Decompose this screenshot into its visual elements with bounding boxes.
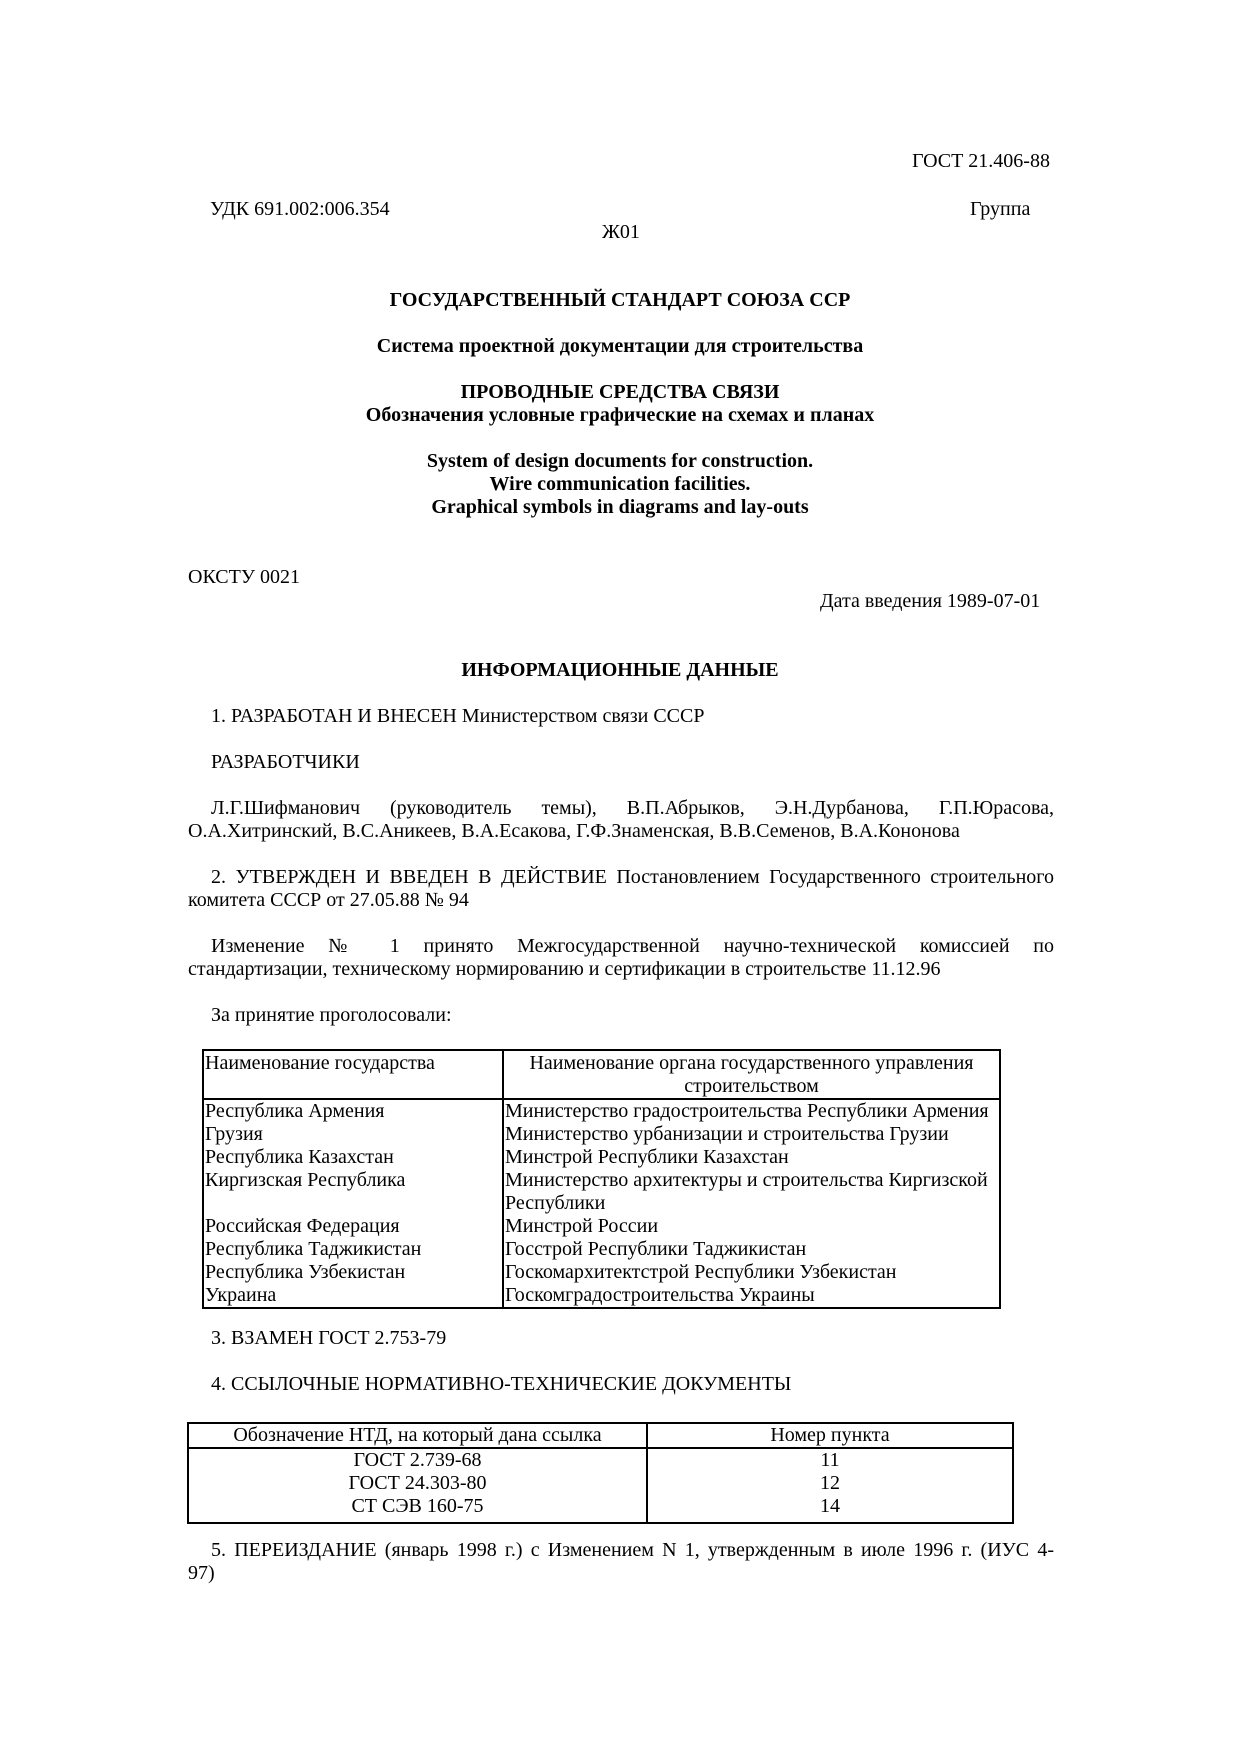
developers-line-1: Л.Г.Шифманович (руководитель темы), В.П.…	[188, 797, 1054, 820]
table-row: Киргизская РеспубликаМинистерство архите…	[203, 1169, 1000, 1215]
cell-name: ГОСТ 24.303-80	[188, 1472, 647, 1495]
header-clause: Номер пункта	[647, 1423, 1013, 1448]
cell-value: Министерство градостроительства Республи…	[503, 1099, 1000, 1123]
cell-name: СТ СЭВ 160-75	[188, 1495, 647, 1523]
cell-name: Украина	[203, 1284, 503, 1308]
table-row: ГОСТ 24.303-8012	[188, 1472, 1013, 1495]
table-row: Республика КазахстанМинстрой Республики …	[203, 1146, 1000, 1169]
cell-name: Грузия	[203, 1123, 503, 1146]
table-row: СТ СЭВ 160-7514	[188, 1495, 1013, 1523]
table-row: Российская ФедерацияМинстрой России	[203, 1215, 1000, 1238]
cell-value: Минстрой России	[503, 1215, 1000, 1238]
amendment: Изменение № 1 принято Межгосударственной…	[188, 935, 1054, 981]
header-state: Наименование государства	[203, 1050, 503, 1099]
cell-value: 14	[647, 1495, 1013, 1523]
item-5-line-2: 97)	[188, 1562, 1054, 1585]
cell-name: Республика Казахстан	[203, 1146, 503, 1169]
system-title: Система проектной документации для строи…	[0, 335, 1240, 358]
table-row: Республика ТаджикистанГосстрой Республик…	[203, 1238, 1000, 1261]
table-row: Республика АрменияМинистерство градостро…	[203, 1099, 1000, 1123]
standard-title: ГОСУДАРСТВЕННЫЙ СТАНДАРТ СОЮЗА ССР	[0, 289, 1240, 312]
cell-name: Республика Узбекистан	[203, 1261, 503, 1284]
main-title: ПРОВОДНЫЕ СРЕДСТВА СВЯЗИ	[0, 381, 1240, 404]
table-row: УкраинаГоскомградостроительства Украины	[203, 1284, 1000, 1308]
voting-table: Наименование государства Наименование ор…	[202, 1049, 1001, 1309]
cell-value: Госкомархитектстрой Республики Узбекиста…	[503, 1261, 1000, 1284]
group-label: Группа	[970, 198, 1030, 221]
cell-name: Российская Федерация	[203, 1215, 503, 1238]
okstu-code: ОКСТУ 0021	[188, 566, 300, 589]
cell-name: Республика Таджикистан	[203, 1238, 503, 1261]
references-table: Обозначение НТД, на который дана ссылка …	[187, 1422, 1014, 1524]
amendment-line-1: Изменение № 1 принято Межгосударственной…	[188, 935, 1054, 958]
header-authority: Наименование органа государственного упр…	[503, 1050, 1000, 1099]
cell-name: Киргизская Республика	[203, 1169, 503, 1215]
gost-number: ГОСТ 21.406-88	[912, 150, 1050, 173]
cell-value: Минстрой Республики Казахстан	[503, 1146, 1000, 1169]
amendment-line-2: стандартизации, техническому нормировани…	[188, 958, 1054, 981]
english-title-line-2: Wire communication facilities.	[0, 473, 1240, 496]
header-document: Обозначение НТД, на который дана ссылка	[188, 1423, 647, 1448]
group-code: Ж01	[602, 221, 640, 244]
references-table-header: Обозначение НТД, на который дана ссылка …	[188, 1423, 1013, 1448]
item-3: 3. ВЗАМЕН ГОСТ 2.753-79	[211, 1327, 446, 1350]
intro-date: Дата введения 1989-07-01	[820, 590, 1040, 613]
voting-table-header: Наименование государства Наименование ор…	[203, 1050, 1000, 1099]
english-title-line-3: Graphical symbols in diagrams and lay-ou…	[0, 496, 1240, 519]
developers-line-2: О.А.Хитринский, В.С.Аникеев, В.А.Есакова…	[188, 820, 1054, 843]
item-4: 4. ССЫЛОЧНЫЕ НОРМАТИВНО-ТЕХНИЧЕСКИЕ ДОКУ…	[211, 1373, 791, 1396]
item-2: 2. УТВЕРЖДЕН И ВВЕДЕН В ДЕЙСТВИЕ Постано…	[188, 866, 1054, 912]
cell-value: Министерство архитектуры и строительства…	[503, 1169, 1000, 1215]
item-2-line-2: комитета СССР от 27.05.88 № 94	[188, 889, 1054, 912]
cell-value: Госстрой Республики Таджикистан	[503, 1238, 1000, 1261]
item-1: 1. РАЗРАБОТАН И ВНЕСЕН Министерством свя…	[211, 705, 704, 728]
table-row: Республика УзбекистанГоскомархитектстрой…	[203, 1261, 1000, 1284]
item-5: 5. ПЕРЕИЗДАНИЕ (январь 1998 г.) с Измене…	[188, 1539, 1054, 1585]
subtitle: Обозначения условные графические на схем…	[0, 404, 1240, 427]
cell-name: ГОСТ 2.739-68	[188, 1448, 647, 1472]
table-row: ГОСТ 2.739-6811	[188, 1448, 1013, 1472]
cell-value: 12	[647, 1472, 1013, 1495]
developers-label: РАЗРАБОТЧИКИ	[211, 751, 360, 774]
table-row: ГрузияМинистерство урбанизации и строите…	[203, 1123, 1000, 1146]
voted-label: За принятие проголосовали:	[211, 1004, 452, 1027]
cell-value: Госкомградостроительства Украины	[503, 1284, 1000, 1308]
developers-list: Л.Г.Шифманович (руководитель темы), В.П.…	[188, 797, 1054, 843]
english-title-line-1: System of design documents for construct…	[0, 450, 1240, 473]
cell-value: Министерство урбанизации и строительства…	[503, 1123, 1000, 1146]
item-2-line-1: 2. УТВЕРЖДЕН И ВВЕДЕН В ДЕЙСТВИЕ Постано…	[188, 866, 1054, 889]
info-heading: ИНФОРМАЦИОННЫЕ ДАННЫЕ	[0, 659, 1240, 682]
cell-value: 11	[647, 1448, 1013, 1472]
cell-name: Республика Армения	[203, 1099, 503, 1123]
item-5-line-1: 5. ПЕРЕИЗДАНИЕ (январь 1998 г.) с Измене…	[188, 1539, 1054, 1562]
udk-code: УДК 691.002:006.354	[210, 198, 390, 221]
